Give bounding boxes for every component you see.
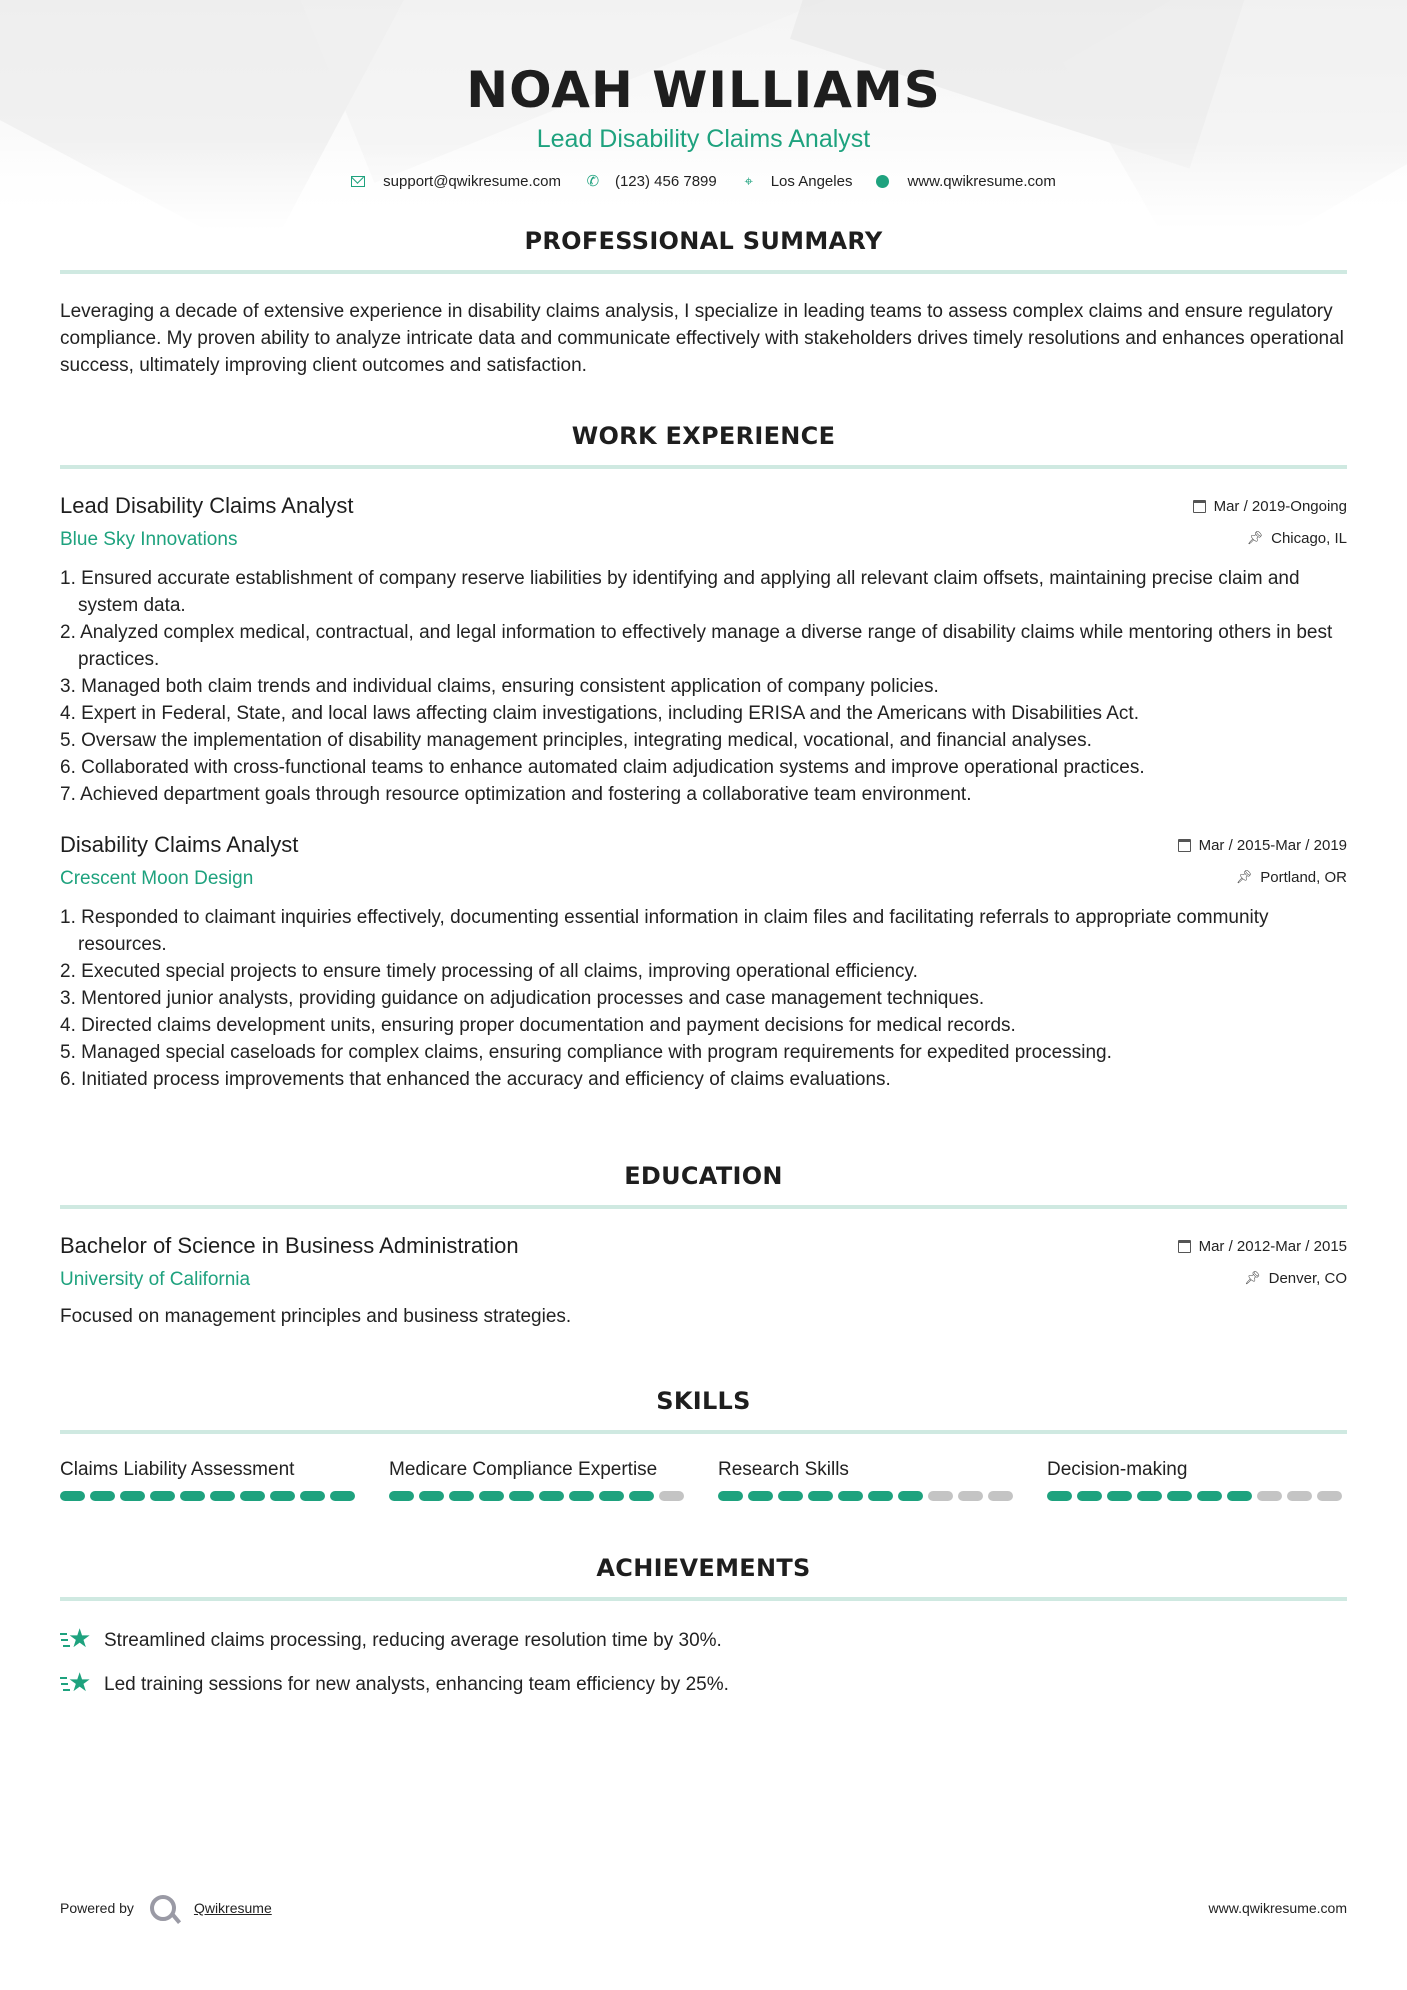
achievement-item: ★ Streamlined claims processing, reducin… (60, 1627, 1347, 1654)
skill-rating (1047, 1491, 1347, 1501)
rating-dot-filled (509, 1491, 534, 1501)
rating-dot-filled (389, 1491, 414, 1501)
job-dates: Mar / 2015-Mar / 2019 (1178, 837, 1347, 854)
section-divider (60, 465, 1347, 469)
skill-rating (60, 1491, 360, 1501)
rating-dot-filled (449, 1491, 474, 1501)
list-item: Analyzed complex medical, contractual, a… (60, 619, 1347, 673)
job-dates-text: Mar / 2015-Mar / 2019 (1199, 837, 1347, 854)
summary-text: Leveraging a decade of extensive experie… (60, 298, 1347, 379)
rating-dot-empty (1257, 1491, 1282, 1501)
rating-dot-filled (330, 1491, 355, 1501)
rating-dot-filled (868, 1491, 893, 1501)
skill-name: Claims Liability Assessment (60, 1456, 360, 1483)
contact-bar: support@qwikresume.com ✆ (123) 456 7899 … (60, 172, 1347, 190)
rating-dot-filled (599, 1491, 624, 1501)
envelope-icon (351, 176, 365, 187)
job-location: 📌︎ Chicago, IL (1247, 530, 1347, 547)
rating-dot-empty (1287, 1491, 1312, 1501)
website-text[interactable]: www.qwikresume.com (907, 173, 1055, 190)
rating-dot-filled (718, 1491, 743, 1501)
education-location: 📌︎ Denver, CO (1244, 1270, 1347, 1287)
achievements-section: ACHIEVEMENTS ★ Streamlined claims proces… (60, 1501, 1347, 1698)
rating-dot-filled (60, 1491, 85, 1501)
section-heading: PROFESSIONAL SUMMARY (60, 226, 1347, 256)
rating-dot-filled (1197, 1491, 1222, 1501)
job-dates: Mar / 2019-Ongoing (1193, 498, 1347, 515)
job-entry: Lead Disability Claims Analyst Mar / 201… (60, 491, 1347, 808)
list-item: Responded to claimant inquiries effectiv… (60, 904, 1347, 958)
list-item: Collaborated with cross-functional teams… (60, 754, 1347, 781)
skill-item: Research Skills (718, 1456, 1018, 1501)
list-item: Managed both claim trends and individual… (60, 673, 1347, 700)
job-location-text: Portland, OR (1260, 869, 1347, 886)
section-heading: EDUCATION (60, 1161, 1347, 1191)
rating-dot-filled (90, 1491, 115, 1501)
location-text: Los Angeles (771, 173, 853, 190)
list-item: Managed special caseloads for complex cl… (60, 1039, 1347, 1066)
job-company: Blue Sky Innovations (60, 525, 237, 555)
qwikresume-link[interactable]: Qwikresume (194, 1900, 272, 1916)
skill-item: Medicare Compliance Expertise (389, 1456, 689, 1501)
phone-text[interactable]: (123) 456 7899 (615, 173, 717, 190)
section-heading: ACHIEVEMENTS (60, 1553, 1347, 1583)
skill-item: Claims Liability Assessment (60, 1456, 360, 1501)
section-divider (60, 1430, 1347, 1434)
rating-dot-filled (778, 1491, 803, 1501)
candidate-name: NOAH WILLIAMS (60, 60, 1347, 120)
job-dates-text: Mar / 2019-Ongoing (1214, 498, 1347, 515)
powered-by-label: Powered by (60, 1900, 134, 1916)
skill-name: Research Skills (718, 1456, 1018, 1483)
achievement-text: Streamlined claims processing, reducing … (104, 1627, 722, 1654)
rating-dot-filled (240, 1491, 265, 1501)
list-item: Oversaw the implementation of disability… (60, 727, 1347, 754)
contact-website[interactable]: www.qwikresume.com (876, 173, 1055, 190)
achievement-text: Led training sessions for new analysts, … (104, 1671, 729, 1698)
list-item: Expert in Federal, State, and local laws… (60, 700, 1347, 727)
contact-phone[interactable]: ✆ (123) 456 7899 (585, 172, 717, 190)
education-section: EDUCATION Bachelor of Science in Busines… (60, 1093, 1347, 1330)
contact-email[interactable]: support@qwikresume.com (351, 173, 561, 190)
footer-website-link[interactable]: www.qwikresume.com (1209, 1900, 1347, 1916)
rating-dot-filled (419, 1491, 444, 1501)
rating-dot-filled (270, 1491, 295, 1501)
calendar-icon (1178, 839, 1191, 852)
school: University of California (60, 1265, 250, 1295)
achievement-item: ★ Led training sessions for new analysts… (60, 1671, 1347, 1698)
education-dates: Mar / 2012-Mar / 2015 (1178, 1238, 1347, 1255)
star-icon: ★ (60, 1628, 94, 1654)
powered-by: Powered by Qwikresume (60, 1895, 272, 1921)
rating-dot-filled (1167, 1491, 1192, 1501)
job-responsibilities: Ensured accurate establishment of compan… (60, 565, 1347, 808)
education-description: Focused on management principles and bus… (60, 1303, 1347, 1330)
list-item: Mentored junior analysts, providing guid… (60, 985, 1347, 1012)
list-item: Initiated process improvements that enha… (60, 1066, 1347, 1093)
professional-summary-section: PROFESSIONAL SUMMARY Leveraging a decade… (60, 190, 1347, 379)
rating-dot-filled (539, 1491, 564, 1501)
rating-dot-filled (898, 1491, 923, 1501)
contact-location: ⌖ Los Angeles (741, 173, 853, 190)
rating-dot-filled (150, 1491, 175, 1501)
candidate-title: Lead Disability Claims Analyst (60, 124, 1347, 154)
education-location-text: Denver, CO (1269, 1270, 1347, 1287)
rating-dot-filled (1077, 1491, 1102, 1501)
achievements-list: ★ Streamlined claims processing, reducin… (60, 1627, 1347, 1698)
globe-icon (876, 175, 889, 188)
rating-dot-empty (988, 1491, 1013, 1501)
rating-dot-filled (1137, 1491, 1162, 1501)
section-divider (60, 270, 1347, 274)
degree: Bachelor of Science in Business Administ… (60, 1231, 519, 1261)
resume-header: NOAH WILLIAMS Lead Disability Claims Ana… (60, 0, 1347, 190)
rating-dot-filled (838, 1491, 863, 1501)
skill-rating (718, 1491, 1018, 1501)
rating-dot-filled (748, 1491, 773, 1501)
list-item: Ensured accurate establishment of compan… (60, 565, 1347, 619)
calendar-icon (1193, 500, 1206, 513)
rating-dot-filled (808, 1491, 833, 1501)
job-location: 📌︎ Portland, OR (1236, 869, 1347, 886)
rating-dot-filled (300, 1491, 325, 1501)
list-item: Directed claims development units, ensur… (60, 1012, 1347, 1039)
skills-grid: Claims Liability Assessment Medicare Com… (60, 1456, 1347, 1501)
section-heading: SKILLS (60, 1386, 1347, 1416)
phone-icon: ✆ (585, 172, 601, 190)
page-footer: Powered by Qwikresume www.qwikresume.com (60, 1895, 1347, 1921)
map-marker-icon: ⌖ (741, 173, 757, 190)
email-text[interactable]: support@qwikresume.com (383, 173, 561, 190)
rating-dot-empty (1317, 1491, 1342, 1501)
star-icon: ★ (60, 1672, 94, 1698)
rating-dot-empty (958, 1491, 983, 1501)
rating-dot-empty (928, 1491, 953, 1501)
section-divider (60, 1205, 1347, 1209)
section-heading: WORK EXPERIENCE (60, 421, 1347, 451)
rating-dot-filled (120, 1491, 145, 1501)
rating-dot-filled (1107, 1491, 1132, 1501)
rating-dot-empty (659, 1491, 684, 1501)
rating-dot-filled (1227, 1491, 1252, 1501)
qwikresume-logo-icon (150, 1895, 176, 1921)
list-item: Executed special projects to ensure time… (60, 958, 1347, 985)
rating-dot-filled (629, 1491, 654, 1501)
skill-name: Decision-making (1047, 1456, 1347, 1483)
resume-page: NOAH WILLIAMS Lead Disability Claims Ana… (0, 0, 1407, 1698)
skill-name: Medicare Compliance Expertise (389, 1456, 689, 1483)
work-experience-section: WORK EXPERIENCE Lead Disability Claims A… (60, 379, 1347, 1093)
list-item: Achieved department goals through resour… (60, 781, 1347, 808)
calendar-icon (1178, 1240, 1191, 1253)
rating-dot-filled (1047, 1491, 1072, 1501)
pushpin-icon: 📌︎ (1247, 530, 1264, 546)
pushpin-icon: 📌︎ (1244, 1270, 1261, 1286)
rating-dot-filled (479, 1491, 504, 1501)
job-company: Crescent Moon Design (60, 864, 253, 894)
job-location-text: Chicago, IL (1271, 530, 1347, 547)
skills-section: SKILLS Claims Liability Assessment Medic… (60, 1330, 1347, 1501)
job-entry: Disability Claims Analyst Mar / 2015-Mar… (60, 830, 1347, 1093)
rating-dot-filled (210, 1491, 235, 1501)
skill-item: Decision-making (1047, 1456, 1347, 1501)
pushpin-icon: 📌︎ (1236, 869, 1253, 885)
education-entry: Bachelor of Science in Business Administ… (60, 1231, 1347, 1330)
job-responsibilities: Responded to claimant inquiries effectiv… (60, 904, 1347, 1093)
section-divider (60, 1597, 1347, 1601)
rating-dot-filled (180, 1491, 205, 1501)
rating-dot-filled (569, 1491, 594, 1501)
job-role: Lead Disability Claims Analyst (60, 491, 353, 521)
education-dates-text: Mar / 2012-Mar / 2015 (1199, 1238, 1347, 1255)
job-role: Disability Claims Analyst (60, 830, 298, 860)
skill-rating (389, 1491, 689, 1501)
